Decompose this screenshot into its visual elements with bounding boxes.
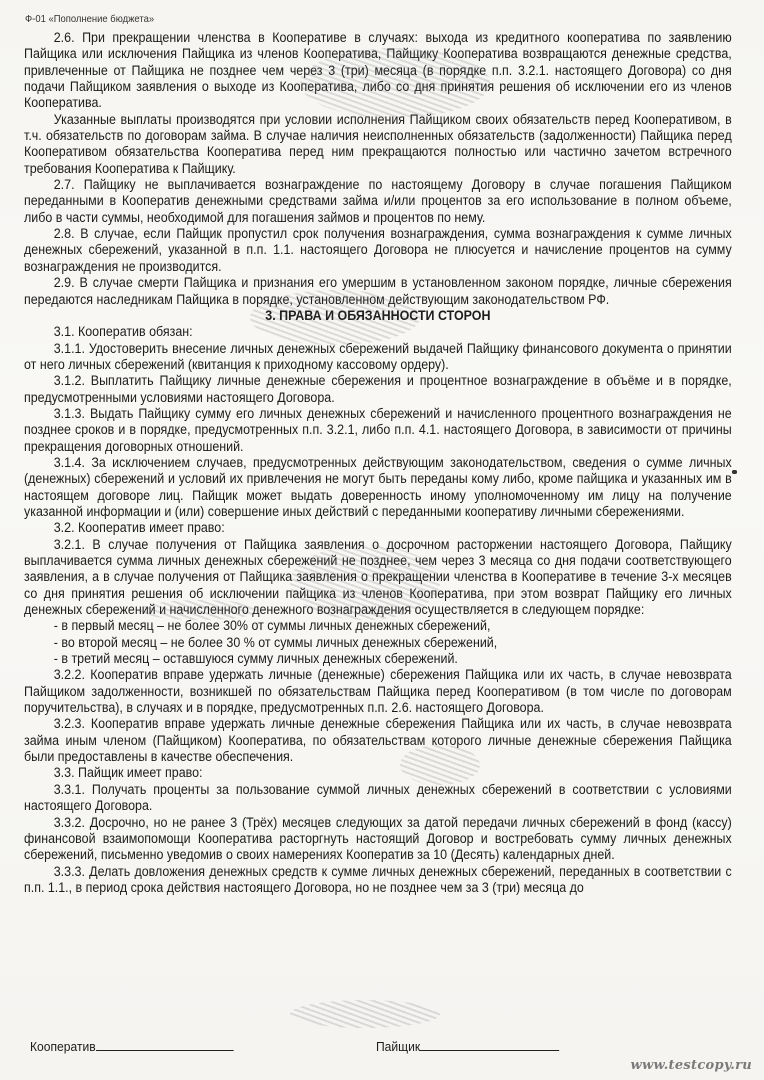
paragraph: 3.3.1. Получать проценты за пользование … bbox=[24, 782, 732, 815]
paragraph: 3.1.3. Выдать Пайщику сумму его личных д… bbox=[24, 406, 732, 455]
paragraph: 2.7. Пайщику не выплачивается вознагражд… bbox=[24, 177, 732, 226]
paragraph: 3.2.3. Кооператив вправе удержать личные… bbox=[24, 716, 732, 765]
watermark: www.testcopy.ru bbox=[631, 1058, 752, 1073]
cooperative-signature: Кооператив bbox=[30, 1038, 233, 1054]
member-signature-line bbox=[420, 1038, 560, 1051]
member-signature: Пайщик bbox=[376, 1038, 560, 1054]
list-item: - во второй месяц – не более 30 % от сум… bbox=[24, 635, 732, 651]
cooperative-signature-label: Кооператив bbox=[30, 1039, 96, 1054]
document-page: Ф-01 «Пополнение бюджета» 2.6. При прекр… bbox=[0, 0, 764, 1080]
paragraph: 3.2. Кооператив имеет право: bbox=[24, 520, 732, 536]
paragraph: 3.3. Пайщик имеет право: bbox=[24, 765, 732, 781]
member-signature-label: Пайщик bbox=[376, 1039, 420, 1054]
signature-scribble bbox=[290, 1000, 440, 1028]
paragraph: 3.1. Кооператив обязан: bbox=[24, 324, 732, 340]
paragraph: 3.1.1. Удостоверить внесение личных дене… bbox=[24, 341, 732, 374]
paragraph: 3.2.2. Кооператив вправе удержать личные… bbox=[24, 667, 732, 716]
paragraph: 2.6. При прекращении членства в Кооперат… bbox=[24, 30, 732, 112]
list-item: - в третий месяц – оставшуюся сумму личн… bbox=[24, 651, 732, 667]
section-heading: 3. ПРАВА И ОБЯЗАННОСТИ СТОРОН bbox=[24, 308, 732, 324]
paragraph: 2.8. В случае, если Пайщик пропустил сро… bbox=[24, 226, 732, 275]
paragraph: 3.2.1. В случае получения от Пайщика зая… bbox=[24, 537, 732, 619]
cooperative-signature-line bbox=[96, 1038, 234, 1051]
scan-speck bbox=[732, 470, 737, 474]
contract-body: 2.6. При прекращении членства в Кооперат… bbox=[24, 30, 732, 896]
list-item: - в первый месяц – не более 30% от суммы… bbox=[24, 618, 732, 634]
paragraph: Указанные выплаты производятся при услов… bbox=[24, 112, 732, 177]
paragraph: 3.3.2. Досрочно, но не ранее 3 (Трёх) ме… bbox=[24, 815, 732, 864]
paragraph: 3.1.2. Выплатить Пайщику личные денежные… bbox=[24, 373, 732, 406]
paragraph: 2.9. В случае смерти Пайщика и признания… bbox=[24, 275, 732, 308]
paragraph: 3.3.3. Делать довложения денежных средст… bbox=[24, 864, 732, 897]
paragraph: 3.1.4. За исключением случаев, предусмот… bbox=[24, 455, 732, 520]
form-code-header: Ф-01 «Пополнение бюджета» bbox=[25, 13, 154, 25]
